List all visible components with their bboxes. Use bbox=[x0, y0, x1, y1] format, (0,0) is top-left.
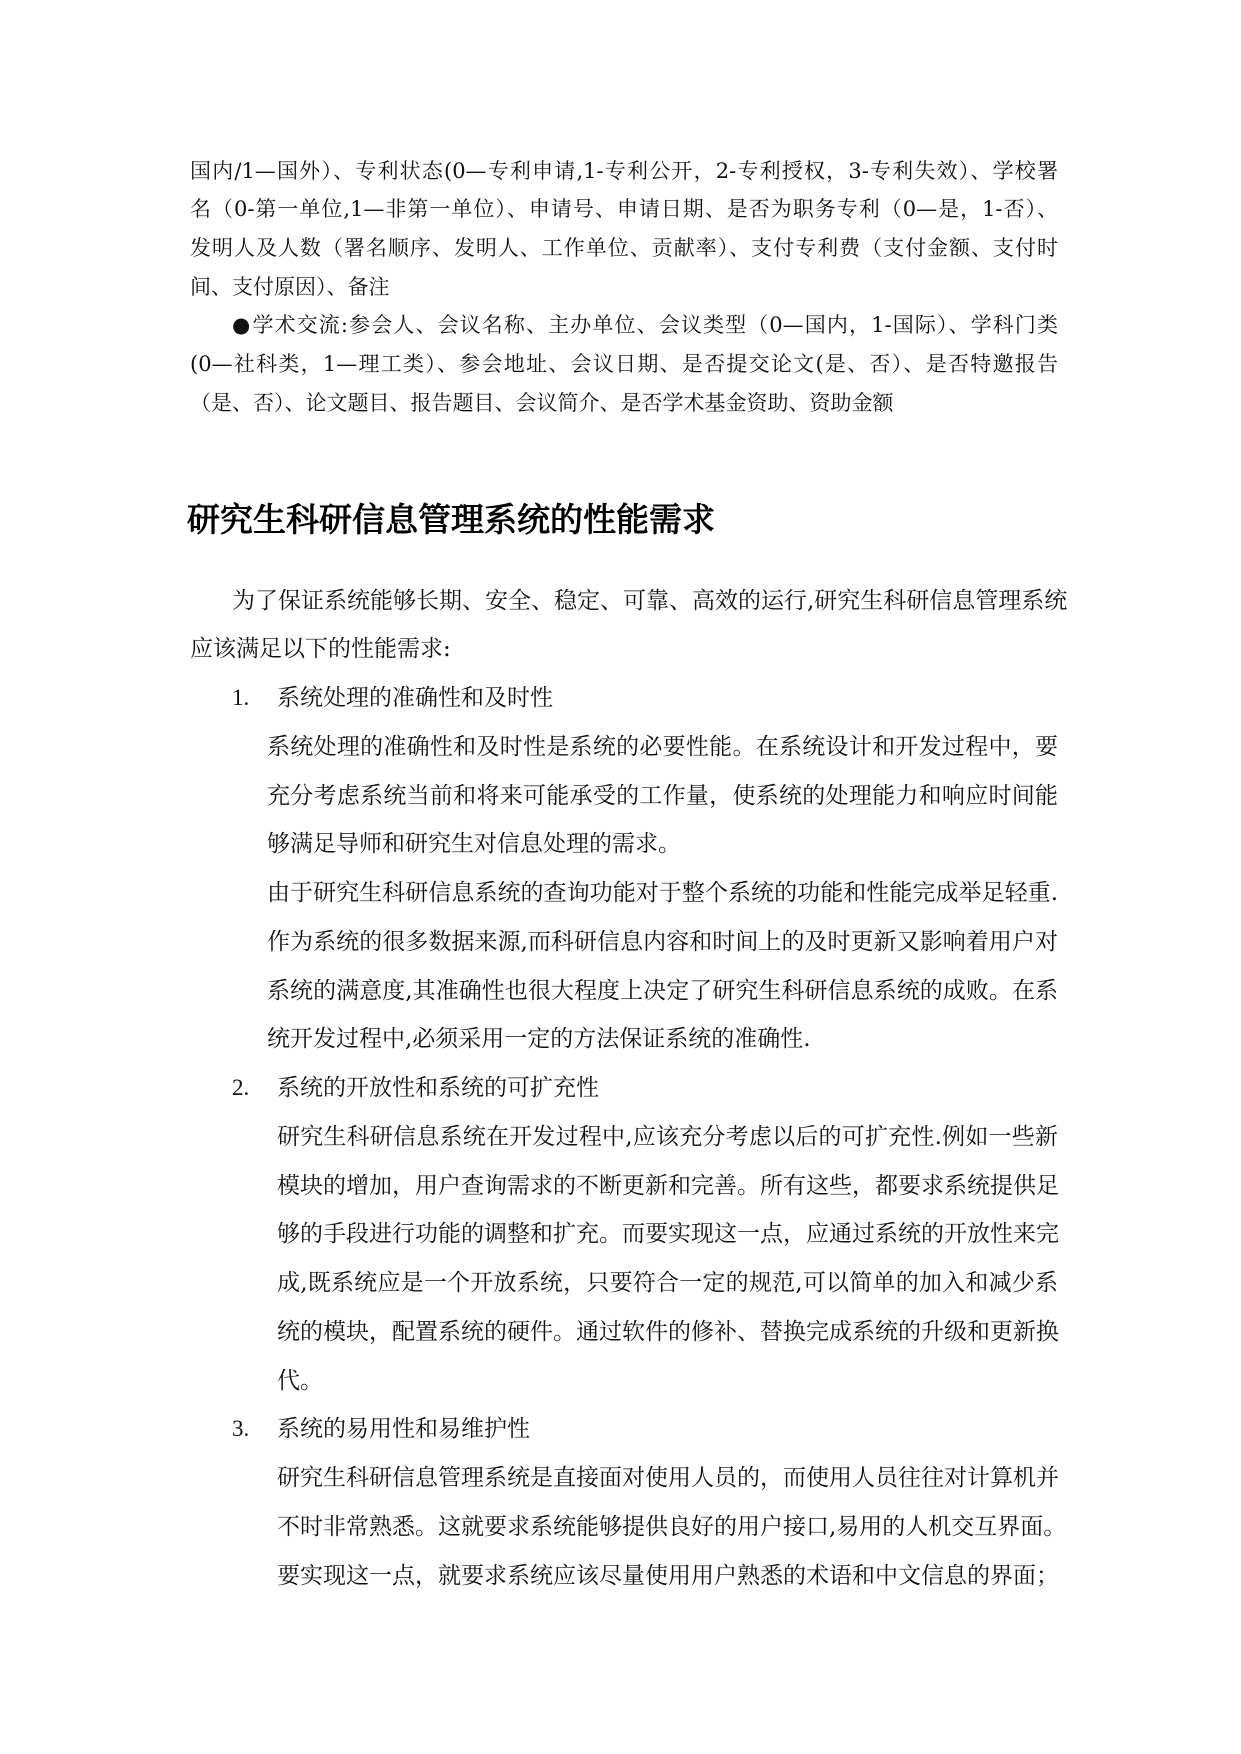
text-line: 代。 bbox=[277, 1357, 1058, 1406]
requirement-body-line: 要实现这一点，就要求系统应该尽量使用用户熟悉的术语和中文信息的界面； bbox=[0, 1552, 1241, 1601]
text-line: 发明人及人数（署名顺序、发明人、工作单位、贡献率）、支付专利费（支付金额、支付时 bbox=[190, 229, 1058, 268]
text-line: 由于研究生科研信息系统的查询功能对于整个系统的功能和性能完成举足轻重. bbox=[267, 869, 1058, 918]
requirement-body-line: 研究生科研信息系统在开发过程中,应该充分考虑以后的可扩充性.例如一些新 bbox=[0, 1113, 1241, 1162]
text-line: 成,既系统应是一个开放系统，只要符合一定的规范,可以简单的加入和减少系 bbox=[277, 1259, 1058, 1308]
requirement-body-line: 系统处理的准确性和及时性是系统的必要性能。在系统设计和开发过程中，要 bbox=[0, 723, 1241, 772]
text-line: (0—社科类，1—理工类）、参会地址、会议日期、是否提交论文(是、否）、是否特邀… bbox=[190, 345, 1058, 384]
text-line: 为了保证系统能够长期、安全、稳定、可靠、高效的运行,研究生科研信息管理系统 bbox=[232, 577, 1058, 626]
requirement-body-line: 研究生科研信息管理系统是直接面对使用人员的，而使用人员往往对计算机并 bbox=[0, 1454, 1241, 1503]
text-line: 不时非常熟悉。这就要求系统能够提供良好的用户接口,易用的人机交互界面。 bbox=[277, 1503, 1058, 1552]
text-line: 统的模块，配置系统的硬件。通过软件的修补、替换完成系统的升级和更新换 bbox=[277, 1308, 1058, 1357]
text-line: 够的手段进行功能的调整和扩充。而要实现这一点，应通过系统的开放性来完 bbox=[277, 1210, 1058, 1259]
patent-fields-paragraph-line: 发明人及人数（署名顺序、发明人、工作单位、贡献率）、支付专利费（支付金额、支付时 bbox=[0, 229, 1241, 268]
list-number: 3. bbox=[232, 1405, 249, 1454]
text-line: 间、支付原因）、备注 bbox=[190, 268, 1058, 307]
requirement-body-line: 统开发过程中,必须采用一定的方法保证系统的准确性. bbox=[0, 1015, 1241, 1064]
intro-paragraph-line: 应该满足以下的性能需求: bbox=[0, 625, 1241, 674]
list-number: 2. bbox=[232, 1064, 249, 1113]
list-number: 1. bbox=[232, 674, 249, 723]
requirement-heading: 3. 系统的易用性和易维护性 bbox=[0, 1405, 1241, 1454]
requirement-body-line: 系统的满意度,其准确性也很大程度上决定了研究生科研信息系统的成败。在系 bbox=[0, 967, 1241, 1016]
requirement-body-line: 够的手段进行功能的调整和扩充。而要实现这一点，应通过系统的开放性来完 bbox=[0, 1210, 1241, 1259]
field-list-section: 国内/1—国外）、专利状态(0—专利申请,1-专利公开，2-专利授权，3-专利失… bbox=[0, 152, 1241, 423]
text-line: 作为系统的很多数据来源,而科研信息内容和时间上的及时更新又影响着用户对 bbox=[267, 918, 1058, 967]
requirement-body-line: 成,既系统应是一个开放系统，只要符合一定的规范,可以简单的加入和减少系 bbox=[0, 1259, 1241, 1308]
requirement-body-line: 够满足导师和研究生对信息处理的需求。 bbox=[0, 820, 1241, 869]
performance-requirements-section: 为了保证系统能够长期、安全、稳定、可靠、高效的运行,研究生科研信息管理系统 应该… bbox=[0, 577, 1241, 1601]
academic-exchange-paragraph-line: ●学术交流:参会人、会议名称、主办单位、会议类型（0—国内，1-国际）、学科门类 bbox=[0, 306, 1241, 345]
patent-fields-paragraph-line: 间、支付原因）、备注 bbox=[0, 268, 1241, 307]
document-page: 国内/1—国外）、专利状态(0—专利申请,1-专利公开，2-专利授权，3-专利失… bbox=[0, 0, 1241, 1754]
requirement-title: 系统处理的准确性和及时性 bbox=[277, 674, 553, 723]
text-line: （是、否）、论文题目、报告题目、会议简介、是否学术基金资助、资助金额 bbox=[190, 384, 1058, 423]
patent-fields-paragraph-line: 国内/1—国外）、专利状态(0—专利申请,1-专利公开，2-专利授权，3-专利失… bbox=[0, 152, 1241, 191]
patent-fields-paragraph-line: 名（0-第一单位,1—非第一单位）、申请号、申请日期、是否为职务专利（0—是，1… bbox=[0, 190, 1241, 229]
text-line: 充分考虑系统当前和将来可能承受的工作量，使系统的处理能力和响应时间能 bbox=[267, 772, 1058, 821]
requirement-heading: 1. 系统处理的准确性和及时性 bbox=[0, 674, 1241, 723]
bullet-line: ●学术交流:参会人、会议名称、主办单位、会议类型（0—国内，1-国际）、学科门类 bbox=[232, 306, 1058, 345]
requirement-body-line: 代。 bbox=[0, 1357, 1241, 1406]
requirement-body-line: 不时非常熟悉。这就要求系统能够提供良好的用户接口,易用的人机交互界面。 bbox=[0, 1503, 1241, 1552]
requirement-body-line: 统的模块，配置系统的硬件。通过软件的修补、替换完成系统的升级和更新换 bbox=[0, 1308, 1241, 1357]
requirement-body-line: 充分考虑系统当前和将来可能承受的工作量，使系统的处理能力和响应时间能 bbox=[0, 772, 1241, 821]
text-line: 研究生科研信息管理系统是直接面对使用人员的，而使用人员往往对计算机并 bbox=[277, 1454, 1058, 1503]
text-line: 模块的增加，用户查询需求的不断更新和完善。所有这些，都要求系统提供足 bbox=[277, 1162, 1058, 1211]
academic-exchange-paragraph-line: （是、否）、论文题目、报告题目、会议简介、是否学术基金资助、资助金额 bbox=[0, 384, 1241, 423]
text-line: 国内/1—国外）、专利状态(0—专利申请,1-专利公开，2-专利授权，3-专利失… bbox=[190, 152, 1058, 191]
text-line: 系统的满意度,其准确性也很大程度上决定了研究生科研信息系统的成败。在系 bbox=[267, 967, 1058, 1016]
text-line: 研究生科研信息系统在开发过程中,应该充分考虑以后的可扩充性.例如一些新 bbox=[277, 1113, 1058, 1162]
text-line: 统开发过程中,必须采用一定的方法保证系统的准确性. bbox=[267, 1015, 1058, 1064]
requirement-body-line: 作为系统的很多数据来源,而科研信息内容和时间上的及时更新又影响着用户对 bbox=[0, 918, 1241, 967]
intro-paragraph-line: 为了保证系统能够长期、安全、稳定、可靠、高效的运行,研究生科研信息管理系统 bbox=[0, 577, 1241, 626]
text-line: 名（0-第一单位,1—非第一单位）、申请号、申请日期、是否为职务专利（0—是，1… bbox=[190, 190, 1058, 229]
requirement-title: 系统的开放性和系统的可扩充性 bbox=[277, 1064, 599, 1113]
text-line: 要实现这一点，就要求系统应该尽量使用用户熟悉的术语和中文信息的界面； bbox=[277, 1552, 1058, 1601]
text-line: 够满足导师和研究生对信息处理的需求。 bbox=[267, 820, 1058, 869]
requirement-body-line: 由于研究生科研信息系统的查询功能对于整个系统的功能和性能完成举足轻重. bbox=[0, 869, 1241, 918]
section-title: 研究生科研信息管理系统的性能需求 bbox=[187, 499, 715, 541]
text-line: 应该满足以下的性能需求: bbox=[190, 625, 1058, 674]
text-line: 系统处理的准确性和及时性是系统的必要性能。在系统设计和开发过程中，要 bbox=[267, 723, 1058, 772]
bullet-icon: ● bbox=[232, 313, 251, 337]
requirement-heading: 2. 系统的开放性和系统的可扩充性 bbox=[0, 1064, 1241, 1113]
requirement-body-line: 模块的增加，用户查询需求的不断更新和完善。所有这些，都要求系统提供足 bbox=[0, 1162, 1241, 1211]
requirement-title: 系统的易用性和易维护性 bbox=[277, 1405, 530, 1454]
academic-exchange-paragraph-line: (0—社科类，1—理工类）、参会地址、会议日期、是否提交论文(是、否）、是否特邀… bbox=[0, 345, 1241, 384]
text-line: 学术交流:参会人、会议名称、主办单位、会议类型（0—国内，1-国际）、学科门类 bbox=[252, 313, 1058, 337]
